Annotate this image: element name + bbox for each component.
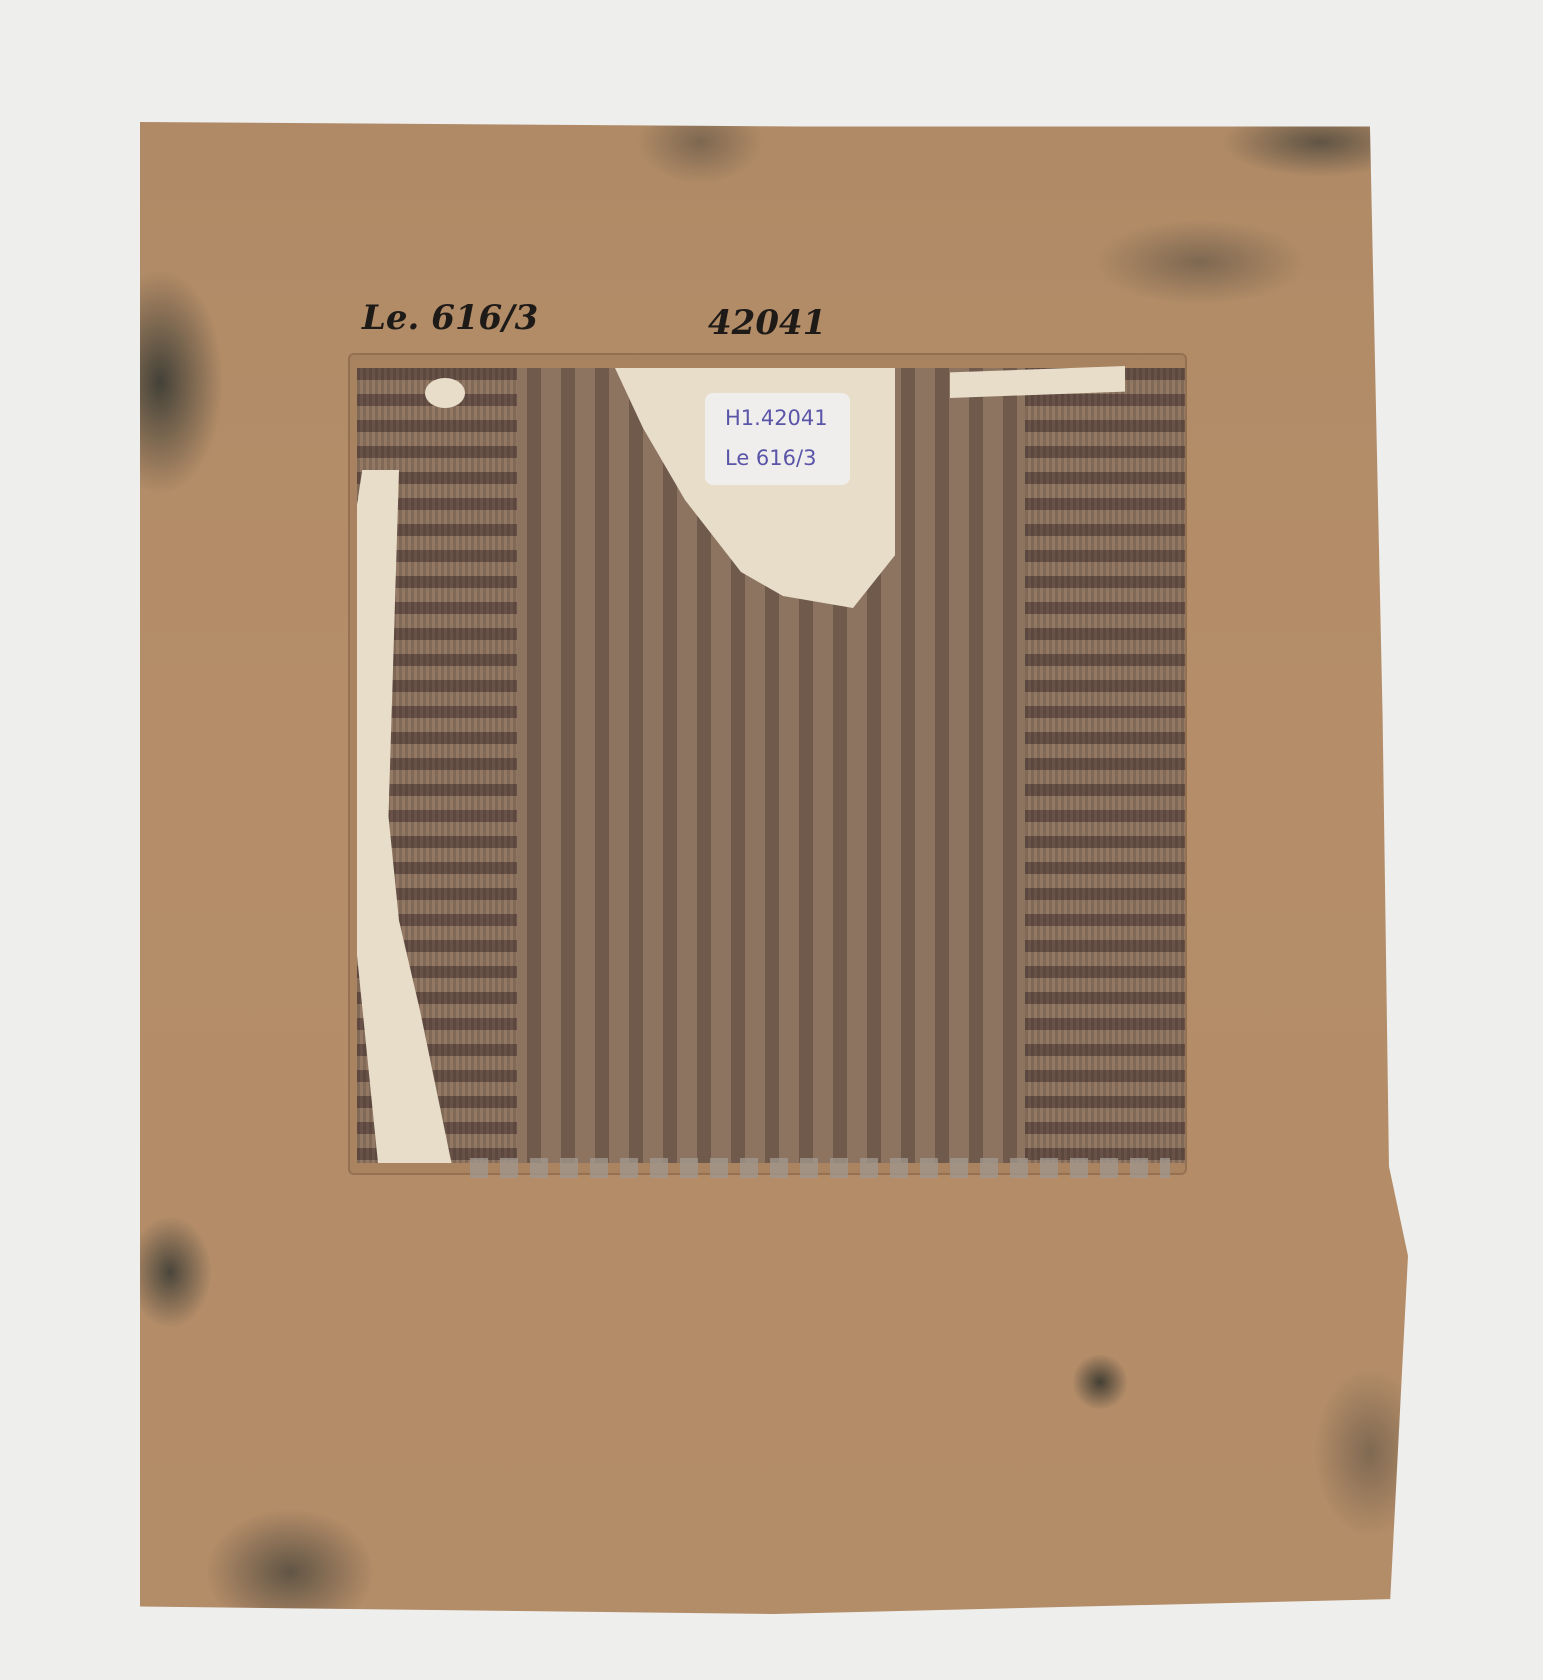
- paper-backing-exposed-corner: [425, 378, 465, 408]
- label-line-1: H1.42041: [725, 398, 850, 438]
- textile-fringe: [470, 1158, 1170, 1178]
- inventory-label: H1.42041 Le 616/3: [705, 393, 850, 485]
- handwritten-inventory-number: 42041: [708, 303, 826, 343]
- textile-right-border-pattern: [1025, 368, 1185, 1163]
- label-line-2: Le 616/3: [725, 438, 850, 478]
- handwritten-reference: Le. 616/3: [362, 298, 538, 338]
